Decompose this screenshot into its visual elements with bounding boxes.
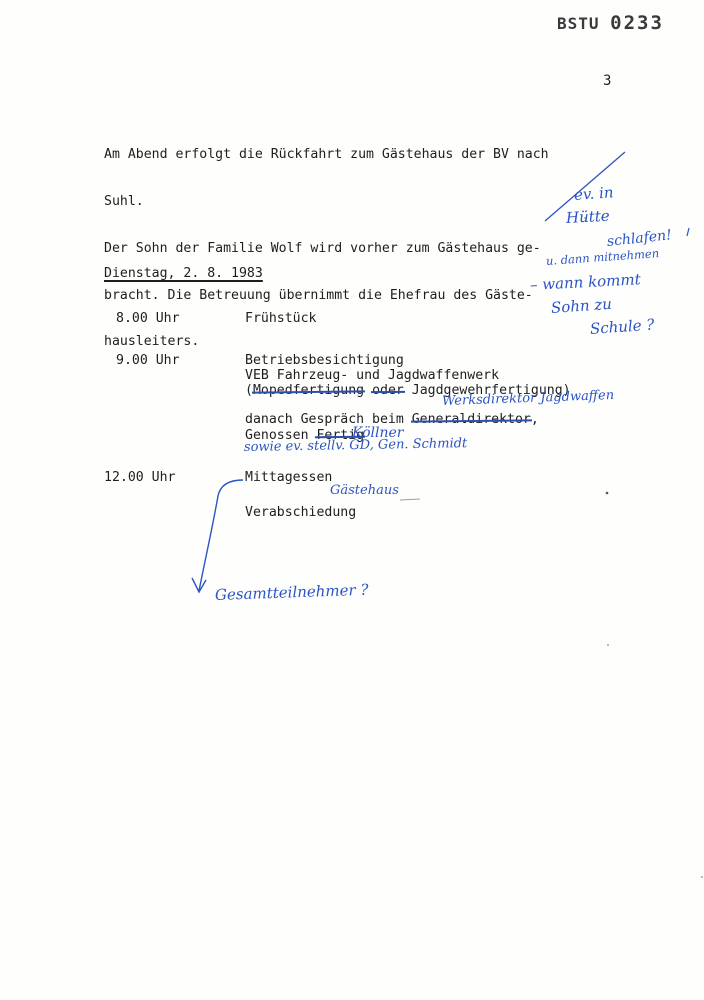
schedule-event: Betriebsbesichtigung xyxy=(245,353,404,369)
schedule-time: 12.00 Uhr xyxy=(104,470,175,486)
intro-line: bracht. Die Betreuung übernimmt die Ehef… xyxy=(104,288,549,304)
date-heading: Dienstag, 2. 8. 1983 xyxy=(104,266,263,282)
document-page: BSTU 0233 3 Am Abend erfolgt die Rückfah… xyxy=(0,0,704,1000)
schedule-event: Verabschiedung xyxy=(245,505,356,521)
intro-line: hausleiters. xyxy=(104,334,549,350)
schedule-time: 8.00 Uhr xyxy=(116,311,180,327)
margin-note-line: Schule ? xyxy=(589,316,655,338)
arrow-head-icon xyxy=(192,578,206,592)
intro-line: Am Abend erfolgt die Rückfahrt zum Gäste… xyxy=(104,147,549,163)
arrow-note: Gesamtteilnehmer ? xyxy=(215,581,369,604)
schedule-event: Frühstück xyxy=(245,311,316,327)
insert-gaestehaus: Gästehaus xyxy=(330,483,399,498)
schedule-time: 9.00 Uhr xyxy=(116,353,180,369)
margin-note-line: ev. in xyxy=(573,183,614,204)
margin-note-line: Hütte xyxy=(566,207,611,227)
margin-note-line: u. dann mitnehmen xyxy=(546,246,660,268)
struck-text: Mopedfertigung xyxy=(253,383,364,398)
intro-line: Der Sohn der Familie Wolf wird vorher zu… xyxy=(104,241,549,257)
archive-stamp-prefix: BSTU xyxy=(557,14,600,33)
intro-paragraph: Am Abend erfolgt die Rückfahrt zum Gäste… xyxy=(104,116,549,381)
archive-stamp-number: 0233 xyxy=(610,12,664,34)
struck-text: oder xyxy=(372,383,404,398)
schedule-event: VEB Fahrzeug- und Jagdwaffenwerk xyxy=(245,368,499,384)
page-number: 3 xyxy=(603,73,611,89)
arrow-line xyxy=(199,480,243,591)
text: ( xyxy=(245,383,253,398)
schedule-event: Mittagessen xyxy=(245,470,332,486)
archive-stamp: BSTU 0233 xyxy=(557,12,664,34)
insert-line: sowie ev. stellv. GD, Gen. Schmidt xyxy=(244,436,467,455)
struck-text: Generaldirektor xyxy=(412,412,531,427)
margin-note-line: Sohn zu xyxy=(550,295,612,317)
intro-line: Suhl. xyxy=(104,194,549,210)
